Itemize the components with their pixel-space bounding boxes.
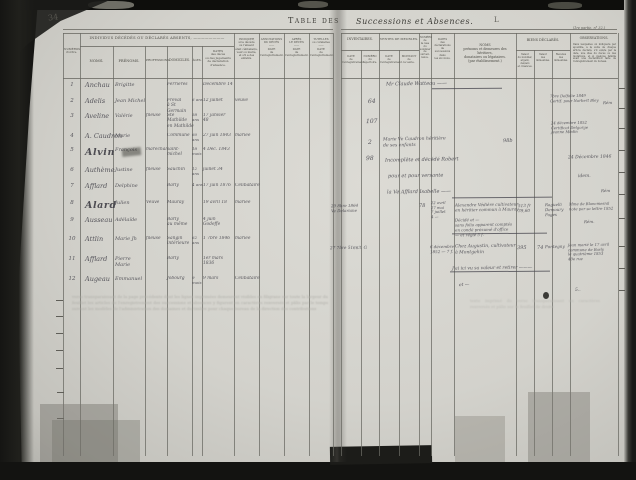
margin-tick — [57, 392, 64, 393]
handwritten-annotation: Mme de Blancmesnil note par sa lettre 18… — [569, 202, 613, 212]
table-rule — [63, 29, 333, 30]
table-rule — [341, 78, 618, 79]
handwritten-annotation: Alexandre Védière cultivateur en héritie… — [455, 201, 519, 213]
header-inv-date: DATE de l'enregistrement. — [342, 55, 360, 64]
cell-date-deces: 19 avril 18 — [203, 200, 236, 205]
handwritten-corner-mark: L — [494, 16, 499, 24]
header-observations-note: Dans lesquelles on indiquera par apostil… — [573, 44, 616, 64]
margin-tick — [619, 108, 625, 109]
cell-prenoms: Delphine — [115, 183, 147, 189]
header-biens-declares: BIENS DÉCLARÉS. — [517, 39, 569, 43]
table-rule — [516, 50, 570, 51]
header-inventaires: INVENTAIRES. — [342, 38, 378, 42]
header-apres-deces: APRÈS LE DÉCÈS —— DATE de l'enregistreme… — [285, 38, 308, 57]
cell-date-deces: 4 juin Godeffe — [203, 217, 236, 228]
column-rule — [618, 33, 619, 456]
header-domiciles: DOMICILES. — [168, 59, 191, 63]
handwritten-annotation: 2 — [368, 139, 372, 147]
cell-domicile: Barly — [167, 183, 194, 188]
handwritten-annotation: 27 7bre 51 — [330, 245, 353, 251]
margin-tick — [619, 268, 625, 269]
header-observations-title: OBSERVATIONS. — [572, 37, 616, 41]
handwritten-annotation: Mr Claude Watteau —— — [386, 80, 447, 87]
row-number: 8 — [65, 200, 79, 207]
cell-date-deces: 12 juillet — [203, 98, 236, 103]
margin-tick — [619, 246, 625, 247]
column-rule — [419, 33, 420, 456]
handwritten-page-number: 34 — [47, 12, 58, 22]
margin-tick — [56, 368, 63, 369]
row-number: 6 — [65, 167, 79, 174]
handwritten-annotation: la Ve Afflard Isabelle —— — [387, 188, 451, 195]
cell-domicile: Commune — [167, 133, 194, 138]
header-annotations-deces: ANNOTATIONS DU DÉCÈS —— DATE de l'enregi… — [260, 38, 283, 57]
header-biens-immeubles: Valeur des immeubles. — [535, 54, 551, 63]
column-rule — [379, 33, 380, 456]
table-row: 3AvelineValériefileuseSte Mathilde en Ma… — [63, 113, 338, 131]
handwritten-annotation: 78 — [419, 203, 425, 209]
cell-domicile: Barly — [167, 256, 194, 261]
cell-date-deces: 27 juin 1843 — [203, 133, 236, 138]
handwritten-annotation: 107 — [366, 118, 378, 126]
cell-domicile: Mauray — [167, 200, 194, 205]
cell-prenoms: Emmanuel — [115, 276, 147, 282]
handwritten-annotation: Décidé et — sans folio apparent comptés … — [455, 217, 512, 238]
row-number: 3 — [65, 113, 79, 120]
header-biens-revenus: Revenus des immeubles. — [553, 54, 569, 63]
cell-profession: fileuse — [146, 236, 169, 241]
row-number: 12 — [65, 276, 79, 283]
cell-etat-civil: veuve — [235, 98, 265, 103]
cell-profession: Veuve — [146, 200, 169, 205]
handwritten-annotation: Marie Ve Caudron héritière de ses enfant… — [383, 136, 446, 148]
handwritten-annotation: 24 Décembre 1846 — [568, 155, 612, 161]
table-rule — [341, 29, 617, 30]
cell-etat-civil: Célibataire — [235, 276, 265, 281]
header-indiquer: INDIQUER si le décédé ou l'absent était … — [235, 38, 258, 61]
table-rule — [63, 78, 333, 79]
handwritten-annotation: pour et pour versante — [388, 173, 443, 180]
cell-date-deces: Décembre 14 — [203, 82, 236, 87]
margin-tick — [56, 333, 63, 334]
cell-etat-civil: mariée — [235, 236, 265, 241]
table-row: 11AfflardPierre MarieBarly1er mars 1836 — [63, 256, 338, 274]
book-right-edge — [624, 0, 636, 480]
cell-domicile: Férrières — [167, 82, 194, 87]
handwritten-annotation: 74 — [537, 245, 543, 251]
handwritten-annotation: 98 — [366, 155, 374, 163]
table-rule — [80, 46, 234, 47]
stain-patch — [528, 392, 590, 462]
cell-prenoms: Marie Jh — [115, 236, 147, 242]
margin-tick — [619, 218, 625, 219]
header-ventes-date: DATE de l'enregistrement. — [380, 55, 398, 64]
handwritten-annotation: 64 — [368, 98, 376, 106]
header-noms-heritiers: NOMS prénoms et demeures des héritiers, … — [456, 44, 514, 64]
cell-profession: fileuse — [146, 113, 169, 118]
cell-date-deces: 17 janvier 48 — [203, 113, 236, 124]
handwritten-annotation: Rém — [601, 188, 610, 193]
handwritten-annotation: Raguelli Demoury Fages — [545, 202, 564, 217]
row-number: 1 — [65, 82, 79, 89]
cell-domicile: Sangin intérieure — [167, 236, 194, 247]
margin-tick — [619, 194, 625, 195]
table-row: 7AfflardDelphineBarly4 ans17 juin 1876Cé… — [63, 183, 338, 201]
cell-etat-civil: mariée — [235, 133, 265, 138]
stain-patch — [52, 420, 140, 462]
header-dates-deces: DATES des décès ou des jugements de décl… — [203, 50, 233, 67]
cell-prenoms: Marie — [115, 133, 147, 139]
scan-bottom-border — [0, 462, 636, 480]
handwritten-annotation: Rém — [603, 100, 612, 105]
cell-profession: maréchal — [146, 147, 169, 152]
table-row: 9AusseauAdélaïdeBarly au même4 juin Gode… — [63, 217, 338, 235]
table-rule — [63, 33, 333, 34]
cell-prenoms: Brigitte — [115, 82, 147, 88]
handwritten-annotation: 22 avril 27 mai 7 juillet 4 — — [431, 201, 446, 220]
handwritten-annotation: et — — [459, 283, 470, 289]
handwritten-annotation: Fontegny — [545, 244, 565, 250]
header-group-individus: INDIVIDUS DÉCÉDÉS OU DÉCLARÉS ABSENTS, —… — [81, 36, 233, 40]
header-numero: NUMÉROS d'ordre. — [64, 48, 79, 55]
header-prenoms: PRÉNOMS. — [114, 59, 144, 63]
ink-spot — [543, 292, 549, 299]
cell-domicile: Barly au même — [167, 217, 194, 228]
header-tutelles: TUTELLES ou curatelles —— DATE de l'enre… — [310, 38, 332, 57]
handwritten-annotation: Rém. — [584, 219, 595, 224]
header-biens-mobilier: Valeur du mobilier, argent, deniers et c… — [517, 54, 533, 68]
header-professions: PROFESSIONS. — [146, 59, 166, 63]
header-ventes: VENTES DE MEUBLES. — [380, 38, 418, 42]
table-rule — [341, 33, 617, 34]
handwritten-annotation: 5.. — [575, 288, 581, 294]
handwritten-annotation: Chez Augustin, cultivateur à Montgehin — [455, 243, 516, 255]
cell-prenoms: Pierre Marie — [115, 256, 147, 268]
bleedthrough-text: verso transparaissant de la page précéde… — [72, 294, 328, 350]
cell-date-deces: 9 mars — [203, 276, 236, 281]
margin-tick — [619, 172, 625, 173]
cell-profession: fileuse — [146, 167, 169, 172]
cell-domicile: Ste Mathilde en Mathilde — [167, 113, 194, 129]
cell-prenoms: Jean Michel — [115, 98, 147, 104]
column-rule — [399, 50, 400, 456]
cell-domicile: Fréval à St Germain — [167, 98, 194, 114]
margin-tick — [56, 350, 63, 351]
cell-prenoms: Adélaïde — [115, 217, 147, 223]
row-number: 5 — [65, 147, 79, 154]
cell-date-deces: 4 Déc. 1843 — [203, 147, 236, 152]
handwritten-annotation: 24 décembre 1852 Certificat Delgorge Jea… — [551, 121, 588, 136]
row-number: 4 — [65, 133, 79, 140]
scanned-register-spread: 34 Table des Successions et Absences. L … — [0, 0, 636, 480]
handwritten-annotation: 513 fr 39,60 — [518, 203, 531, 214]
handwritten-annotation: Incomplète et décédé Robert — [385, 156, 459, 164]
handwritten-annotation: 29 8bre 1864 Ve Delariane — [331, 203, 358, 213]
page-title-right: Successions et Absences. — [356, 17, 473, 26]
row-number: 2 — [65, 98, 79, 105]
cell-domicile: Jobourg — [167, 276, 194, 281]
handwritten-annotation: 663. G — [353, 245, 367, 250]
header-case-sommier: NUMÉRO de la case du sommier de surveil-… — [420, 37, 430, 60]
row-number: 11 — [65, 256, 79, 263]
torn-paper-fragment — [298, 1, 328, 8]
handwritten-annotation: 7bre Delfolie 1849 Certif. pour Norbert … — [550, 94, 599, 104]
cell-etat-civil: mariée — [235, 200, 265, 205]
header-ages: ÂGES. — [192, 59, 202, 62]
cell-prenoms: Justine — [115, 167, 147, 173]
page-title-left: Table des — [288, 16, 340, 25]
handwritten-annotation: 395 — [517, 245, 527, 251]
cell-prenoms: Valérie — [115, 113, 147, 119]
margin-tick — [619, 150, 625, 151]
table-row: 12AugeauEmmanuelJobourg9 mois9 marsCélib… — [63, 276, 338, 294]
margin-tick — [619, 290, 625, 291]
row-number: 9 — [65, 217, 79, 224]
header-dates-declarations: DATES des déclarations de successions da… — [432, 38, 453, 60]
handwritten-annotation: idem. — [578, 174, 591, 180]
cell-domicile: Sauchin — [167, 167, 194, 172]
header-inv-numero: NUMÉRO du répertoire. — [362, 55, 378, 64]
table-rule — [341, 50, 419, 51]
handwritten-annotation: Jean marié le 17 avril commune de Barly … — [568, 243, 610, 263]
bleedthrough-text: texte imprimé du verso transparaissant e… — [470, 298, 600, 328]
cell-prenoms: Julien — [115, 200, 147, 206]
cell-date-deces: 1 7bre 1846 — [203, 236, 236, 241]
header-ventes-montant: MONTANT de la vente. — [400, 55, 418, 64]
margin-tick — [56, 300, 63, 301]
handwritten-annotation: 6 décembre 1852 — 7 f. — [430, 244, 454, 254]
cell-domicile: saint-michel — [167, 147, 194, 158]
book-left-edge — [0, 0, 34, 480]
row-number: 7 — [65, 183, 79, 190]
handwritten-annotation: 98b — [503, 138, 513, 144]
cell-date-deces: 1er mars 1836 — [203, 256, 236, 267]
table-row: 5AlvinFrançoismaréchalsaint-michel18 moi… — [63, 147, 338, 165]
header-noms: NOMS. — [81, 59, 112, 64]
column-rule — [361, 50, 362, 456]
cell-etat-civil: Célibataire — [235, 183, 265, 188]
cell-date-deces: 17 juin 1876 — [203, 183, 236, 188]
stain-patch — [455, 416, 505, 462]
margin-tick — [619, 88, 625, 89]
torn-paper-fragment — [548, 2, 582, 9]
margin-tick — [619, 128, 625, 129]
row-number: 10 — [65, 236, 79, 243]
table-row: 10AttlinMarie JhfileuseSangin intérieure… — [63, 236, 338, 254]
margin-tick — [56, 316, 63, 317]
cell-date-deces: juillet 34 — [203, 167, 236, 172]
